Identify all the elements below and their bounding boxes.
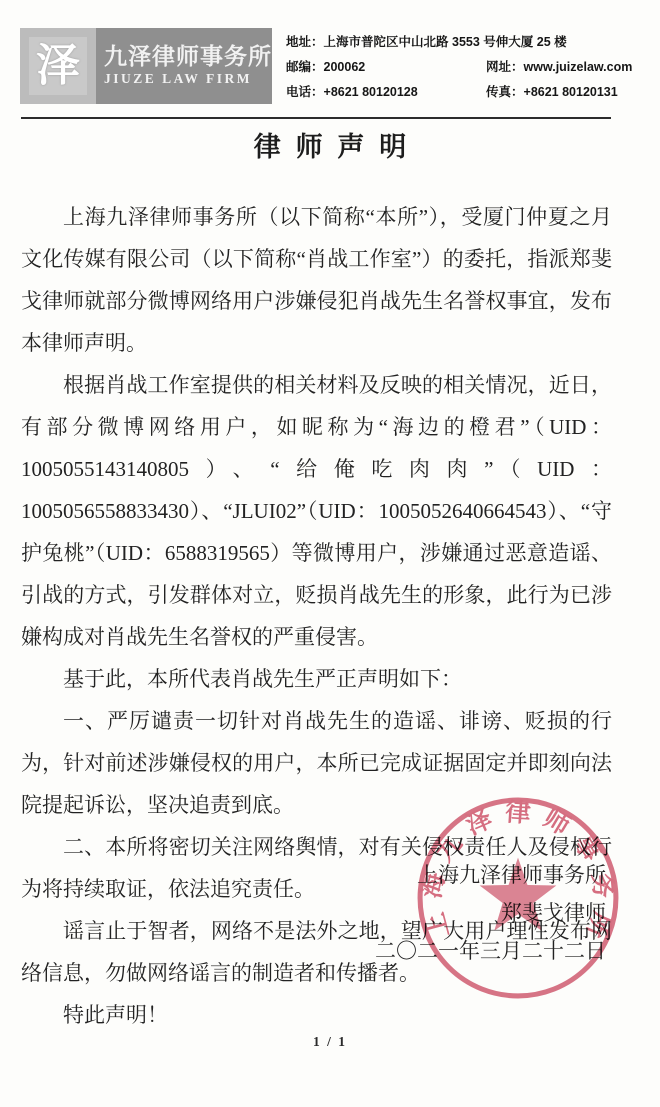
address-value: 上海市普陀区中山北路 3553 号伸大厦 25 楼 bbox=[324, 30, 567, 55]
address-label: 地址： bbox=[286, 30, 324, 55]
closing-statement: 特此声明！ bbox=[21, 994, 612, 1036]
web-value: www.juizelaw.com bbox=[524, 60, 633, 74]
tel-value: +8621 80120128 bbox=[324, 85, 418, 99]
contact-zip-web-row: 邮编：200062 网址：www.juizelaw.com bbox=[286, 55, 648, 80]
paragraph-allegations: 根据肖战工作室提供的相关材料及反映的相关情况，近日，有部分微博网络用户，如昵称为… bbox=[21, 364, 612, 658]
zip-value: 200062 bbox=[324, 60, 366, 74]
tel-label: 电话： bbox=[286, 85, 324, 99]
scanned-document-page: 泽 九泽律师事务所 JIUZE LAW FIRM 地址： 上海市普陀区中山北路 … bbox=[0, 0, 660, 1107]
zip-label: 邮编： bbox=[286, 60, 324, 74]
firm-name-cn: 九泽律师事务所 bbox=[104, 44, 272, 70]
tel-cell: 电话：+8621 80120128 bbox=[286, 80, 486, 105]
fax-label: 传真： bbox=[486, 85, 524, 99]
fax-cell: 传真：+8621 80120131 bbox=[486, 80, 618, 105]
logo-text-block: 九泽律师事务所 JIUZE LAW FIRM bbox=[96, 28, 272, 104]
header-divider bbox=[21, 117, 611, 119]
web-label: 网址： bbox=[486, 60, 524, 74]
signature-firm: 上海九泽律师事务所 bbox=[375, 856, 606, 894]
logo-seal-icon: 泽 bbox=[20, 28, 96, 104]
signature-lawyer: 郑斐戈律师 bbox=[375, 894, 606, 932]
paragraph-item-one: 一、严厉谴责一切针对肖战先生的造谣、诽谤、贬损的行为，针对前述涉嫌侵权的用户，本… bbox=[21, 700, 612, 826]
signature-block: 上海九泽律师事务所 郑斐戈律师 二〇二一年三月二十二日 bbox=[375, 856, 606, 970]
law-firm-logo: 泽 九泽律师事务所 JIUZE LAW FIRM bbox=[20, 28, 270, 104]
signature-date: 二〇二一年三月二十二日 bbox=[375, 932, 606, 970]
fax-value: +8621 80120131 bbox=[524, 85, 618, 99]
letterhead: 泽 九泽律师事务所 JIUZE LAW FIRM 地址： 上海市普陀区中山北路 … bbox=[20, 28, 648, 105]
contact-tel-fax-row: 电话：+8621 80120128 传真：+8621 80120131 bbox=[286, 80, 648, 105]
zip-cell: 邮编：200062 bbox=[286, 55, 486, 80]
paragraph-intro: 上海九泽律师事务所（以下简称“本所”），受厦门仲夏之月文化传媒有限公司（以下简称… bbox=[21, 196, 612, 364]
page-number: 1 / 1 bbox=[0, 1034, 660, 1050]
contact-address-row: 地址： 上海市普陀区中山北路 3553 号伸大厦 25 楼 bbox=[286, 30, 648, 55]
contact-info: 地址： 上海市普陀区中山北路 3553 号伸大厦 25 楼 邮编：200062 … bbox=[286, 28, 648, 105]
paragraph-declaration-lead: 基于此，本所代表肖战先生严正声明如下： bbox=[21, 658, 612, 700]
firm-name-en: JIUZE LAW FIRM bbox=[104, 70, 272, 88]
logo-glyph: 泽 bbox=[29, 37, 87, 95]
document-title: 律师声明 bbox=[0, 125, 660, 164]
web-cell: 网址：www.juizelaw.com bbox=[486, 55, 632, 80]
